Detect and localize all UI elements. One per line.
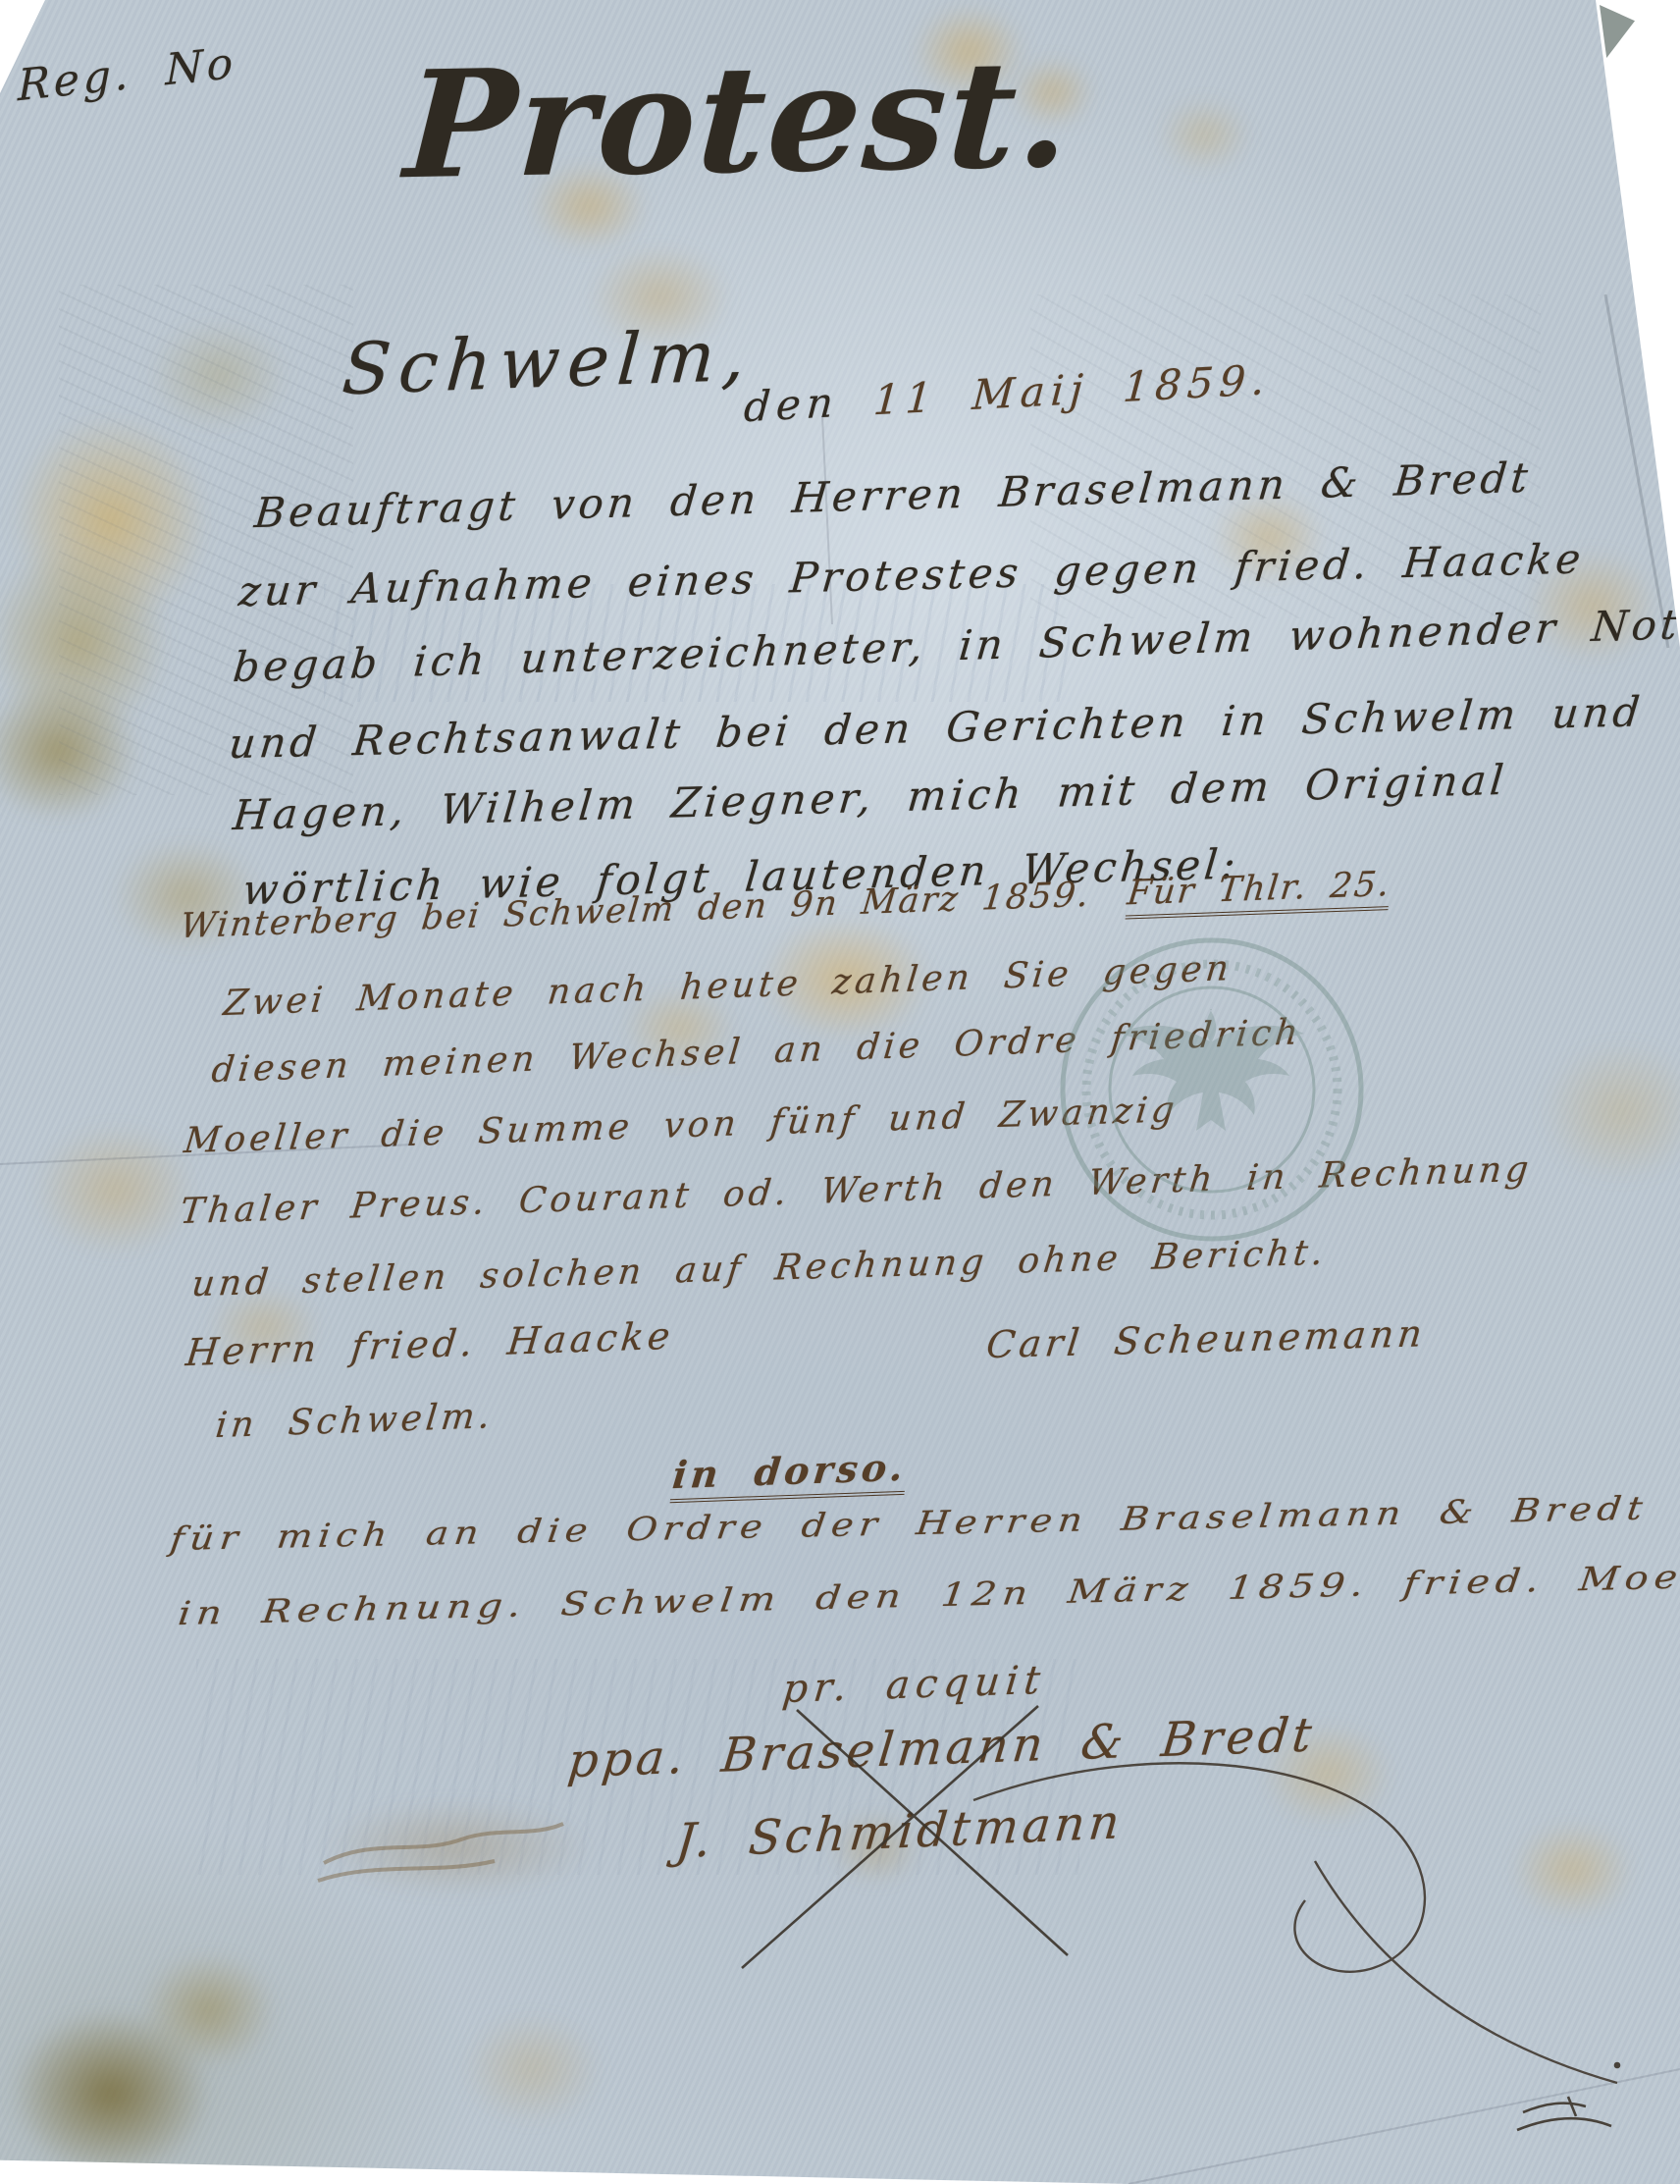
- stain: [34, 1124, 196, 1256]
- stain: [1541, 1040, 1680, 1183]
- corner-notation-mark: [1517, 2063, 1619, 2130]
- stain: [142, 1953, 275, 2066]
- stain: [1511, 1821, 1634, 1919]
- body-line: Hagen, Wilhelm Ziegner, mich mit dem Ori…: [231, 756, 1509, 839]
- endorsement-line: für mich an die Ordre der Herren Braselm…: [168, 1482, 1680, 1558]
- document-title: Protest.: [401, 27, 1076, 212]
- dateline: Schwelm,: [340, 313, 756, 410]
- stain: [1158, 98, 1251, 172]
- endorsement-heading: in dorso.: [670, 1445, 910, 1504]
- wechsel-line: Thaler Preus. Courant od. Werth den Wert…: [179, 1149, 1535, 1232]
- paper-sheet: Reg. No Protest. Schwelm, den 11 Maij 18…: [0, 0, 1680, 2184]
- dateline-den: den: [743, 378, 841, 431]
- wechsel-addressee-place: in Schwelm.: [214, 1396, 497, 1446]
- torn-edge: [0, 2157, 1129, 2184]
- wechsel-line: Moeller die Summe von fünf und Zwanzig: [183, 1090, 1181, 1161]
- endorsement-line: in Rechnung. Schwelm den 12n März 1859. …: [176, 1555, 1680, 1632]
- wechsel-line: diesen meinen Wechsel an die Ordre fried…: [210, 1012, 1304, 1091]
- reg-number-label: Reg. No: [18, 38, 236, 112]
- stain: [461, 2012, 604, 2125]
- acquit-label: pr. acquit: [780, 1658, 1048, 1713]
- scanned-document: Reg. No Protest. Schwelm, den 11 Maij 18…: [0, 0, 1680, 2184]
- wechsel-amount: Für Thlr. 25.: [1125, 865, 1392, 920]
- wechsel-line: und stellen solchen auf Rechnung ohne Be…: [189, 1233, 1329, 1305]
- dateline-place: Schwelm,: [340, 313, 756, 410]
- wechsel-drawer-signature: Carl Scheunemann: [984, 1311, 1428, 1366]
